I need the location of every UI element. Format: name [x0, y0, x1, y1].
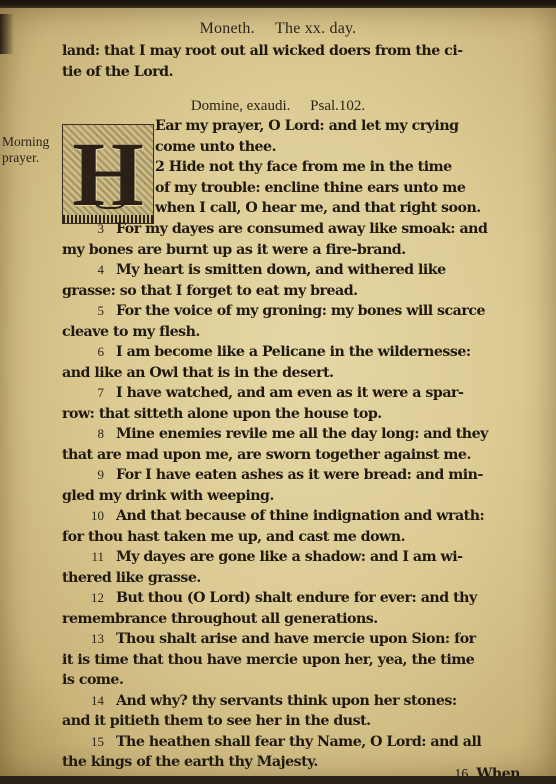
verse-number: 12 [62, 588, 116, 609]
text-line: My heart is smitten down, and withered l… [116, 262, 446, 278]
text-line: the kings of the earth thy Majesty. [62, 752, 518, 773]
margin-note: Morning prayer. [2, 134, 49, 166]
verse-3: 3For my dayes are consumed away like smo… [62, 219, 518, 260]
verse-10: 10And that because of thine indignation … [62, 506, 518, 547]
text-line: for thou hast taken me up, and cast me d… [62, 527, 518, 548]
text-line: And why? thy servants think upon her sto… [116, 693, 457, 709]
verse-6: 6I am become like a Pelicane in the wild… [62, 342, 518, 383]
text-line: my bones are burnt up as it were a fire-… [62, 240, 518, 261]
verse-4: 4My heart is smitten down, and withered … [62, 260, 518, 301]
verse-number: 7 [62, 383, 116, 404]
margin-note-line: prayer. [2, 150, 49, 166]
text-line: remembrance throughout all generations. [62, 609, 518, 630]
text-line: 2 Hide not thy face from me in the time [155, 157, 515, 178]
verse-5: 5For the voice of my groning: my bones w… [62, 301, 518, 342]
verse-number: 3 [62, 219, 116, 240]
verse-9: 9For I have eaten ashes as it were bread… [62, 465, 518, 506]
text-line: tie of the Lord. [62, 62, 512, 83]
text-line: I am become like a Pelicane in the wilde… [116, 344, 471, 360]
verse-list: 3For my dayes are consumed away like smo… [62, 219, 518, 773]
verse-12: 12But thou (O Lord) shalt endure for eve… [62, 588, 518, 629]
decorated-initial-icon: H [62, 124, 154, 224]
running-head: Moneth. The xx. day. [0, 20, 556, 38]
text-line: of my trouble: encline thine ears unto m… [155, 178, 515, 199]
text-line: My dayes are gone like a shadow: and I a… [116, 549, 463, 565]
text-line: The heathen shall fear thy Name, O Lord:… [116, 734, 481, 750]
verse-14: 14And why? thy servants think upon her s… [62, 691, 518, 732]
verse-15: 15The heathen shall fear thy Name, O Lor… [62, 732, 518, 773]
verse-number: 15 [62, 732, 116, 753]
psalm-heading: Domine, exaudi. Psal.102. [0, 98, 556, 115]
opening-verses: Ear my prayer, O Lord: and let my crying… [155, 116, 515, 219]
text-line: I have watched, and am even as it were a… [116, 385, 463, 401]
running-head-right: The xx. day. [275, 20, 356, 37]
verse-11: 11My dayes are gone like a shadow: and I… [62, 547, 518, 588]
verse-number: 8 [62, 424, 116, 445]
text-line: that are mad upon me, are sworn together… [62, 445, 518, 466]
text-line: is come. [62, 670, 518, 691]
psalm-incipit: Domine, exaudi. [191, 98, 291, 114]
verse-number: 6 [62, 342, 116, 363]
text-line: But thou (O Lord) shalt endure for ever:… [116, 590, 477, 606]
book-page: Moneth. The xx. day. land: that I may ro… [0, 6, 556, 780]
text-line: and it pitieth them to see her in the du… [62, 711, 518, 732]
text-line: when I call, O hear me, and that right s… [155, 198, 515, 219]
verse-7: 7I have watched, and am even as it were … [62, 383, 518, 424]
verse-number: 13 [62, 629, 116, 650]
text-line: thered like grasse. [62, 568, 518, 589]
page-bottom-shadow [0, 776, 556, 784]
text-line: grasse: so that I forget to eat my bread… [62, 281, 518, 302]
text-line: For the voice of my groning: my bones wi… [116, 303, 485, 319]
verse-number: 11 [62, 547, 116, 568]
text-line: come unto thee. [155, 137, 515, 158]
text-line: Ear my prayer, O Lord: and let my crying [155, 116, 515, 137]
text-line: Thou shalt arise and have mercie upon Si… [116, 631, 476, 647]
verse-number: 5 [62, 301, 116, 322]
verse-number: 9 [62, 465, 116, 486]
verse-number: 14 [62, 691, 116, 712]
text-line: For my dayes are consumed away like smoa… [116, 221, 487, 237]
text-line: For I have eaten ashes as it were bread:… [116, 467, 483, 483]
running-head-left: Moneth. [200, 20, 255, 37]
text-line: it is time that thou have mercie upon he… [62, 650, 518, 671]
margin-note-line: Morning [2, 134, 49, 150]
text-line: cleave to my flesh. [62, 322, 518, 343]
verse-8: 8Mine enemies revile me all the day long… [62, 424, 518, 465]
psalm-number: Psal.102. [310, 98, 365, 114]
text-line: row: that sitteth alone upon the house t… [62, 404, 518, 425]
text-line: and like an Owl that is in the desert. [62, 363, 518, 384]
verse-13: 13Thou shalt arise and have mercie upon … [62, 629, 518, 691]
carryover-text: land: that I may root out all wicked doe… [62, 41, 512, 82]
text-line: Mine enemies revile me all the day long:… [116, 426, 488, 442]
verse-number: 4 [62, 260, 116, 281]
text-line: And that because of thine indignation an… [116, 508, 484, 524]
text-line: land: that I may root out all wicked doe… [62, 41, 512, 62]
verse-number: 10 [62, 506, 116, 527]
text-line: gled my drink with weeping. [62, 486, 518, 507]
